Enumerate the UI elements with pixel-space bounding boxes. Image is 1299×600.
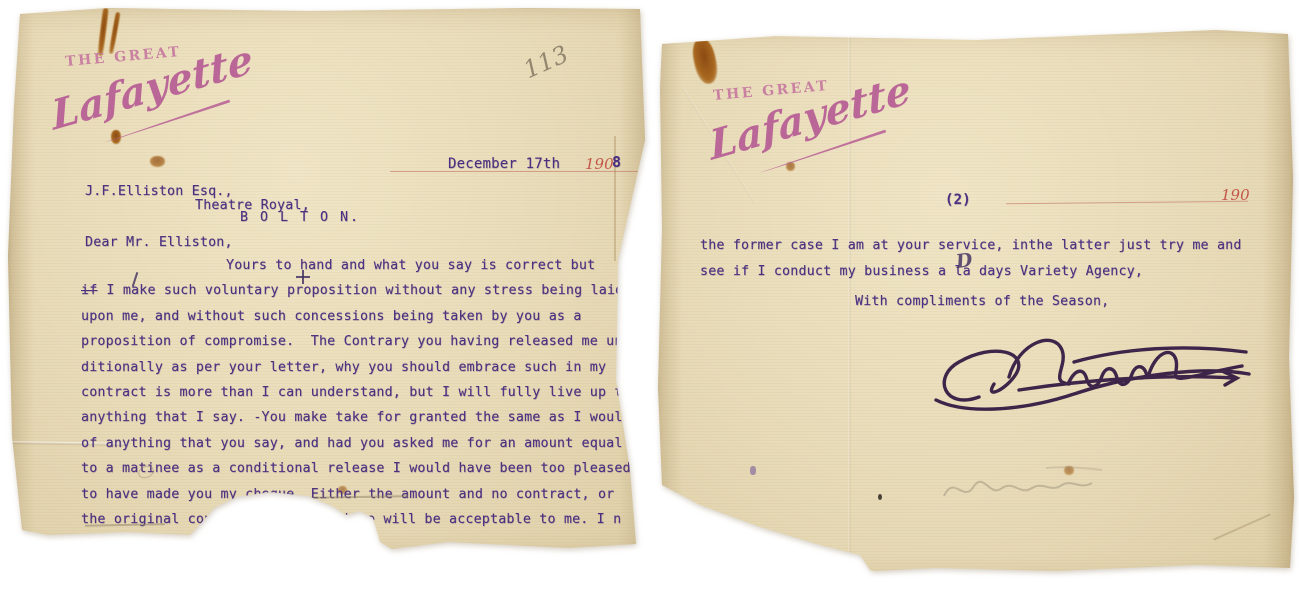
letter-page-1: THE GREAT Lafayette 113 December 17th 19…: [8, 6, 650, 558]
photo-background: THE GREAT Lafayette 113 December 17th 19…: [0, 0, 1299, 600]
typed-date: December 17th: [448, 156, 560, 172]
signature-name: Lafayette: [656, 28, 657, 29]
closing: With compliments of the Season,: [855, 294, 1109, 309]
body-line: ifI make such voluntary proposition with…: [81, 278, 621, 303]
rust-stain: [108, 12, 120, 54]
body-line: anything that I say. -You make take for …: [81, 405, 621, 430]
page-number: (2): [945, 192, 971, 208]
rust-stain: [97, 8, 109, 56]
body-line: ditionally as per your letter, why you s…: [81, 355, 621, 380]
handwritten-correction: D: [955, 249, 974, 273]
letter-page-2: THE GREAT Lafayette (2) 190 the former c…: [656, 28, 1294, 582]
body-line: contract is more than I can understand, …: [81, 380, 621, 405]
recipient-line: J.F.Elliston Esq.,: [85, 184, 233, 199]
crease-line: [1213, 513, 1270, 540]
ink-correction-mark: [296, 276, 310, 278]
body-line: to have made you my cheque. Either the a…: [81, 482, 621, 507]
body-line: to a matinee as a conditional release I …: [81, 456, 621, 481]
body-line: upon me, and without such concessions be…: [81, 304, 621, 329]
pencil-inscription: [936, 466, 1106, 514]
body-line-torn: the original contrmatinee will be accept…: [81, 507, 621, 532]
body-line: see if I conduct my business a la days V…: [700, 264, 1143, 279]
ink-fleck: [878, 494, 882, 500]
body-line: of anything that you say, and had you as…: [81, 431, 621, 456]
printed-year: 190: [585, 155, 614, 173]
salutation: Dear Mr. Elliston,: [85, 235, 233, 250]
struck-word: if: [81, 283, 97, 298]
date-rule: [1006, 201, 1248, 205]
lafayette-signature: [924, 322, 1264, 420]
ink-fleck: [750, 466, 756, 475]
rust-stain: [689, 36, 720, 86]
recipient-line: B O L T O N.: [240, 210, 360, 225]
typed-year-digit: 8: [612, 153, 621, 171]
body-text: Yours to hand and what you say is correc…: [81, 253, 621, 532]
body-line: proposition of compromise. The Contrary …: [81, 329, 621, 354]
printed-year: 190: [1221, 186, 1250, 204]
body-line: Yours to hand and what you say is correc…: [81, 253, 621, 278]
pencil-number: 113: [519, 40, 572, 84]
rust-stain: [150, 156, 165, 167]
rust-stain: [111, 130, 121, 144]
